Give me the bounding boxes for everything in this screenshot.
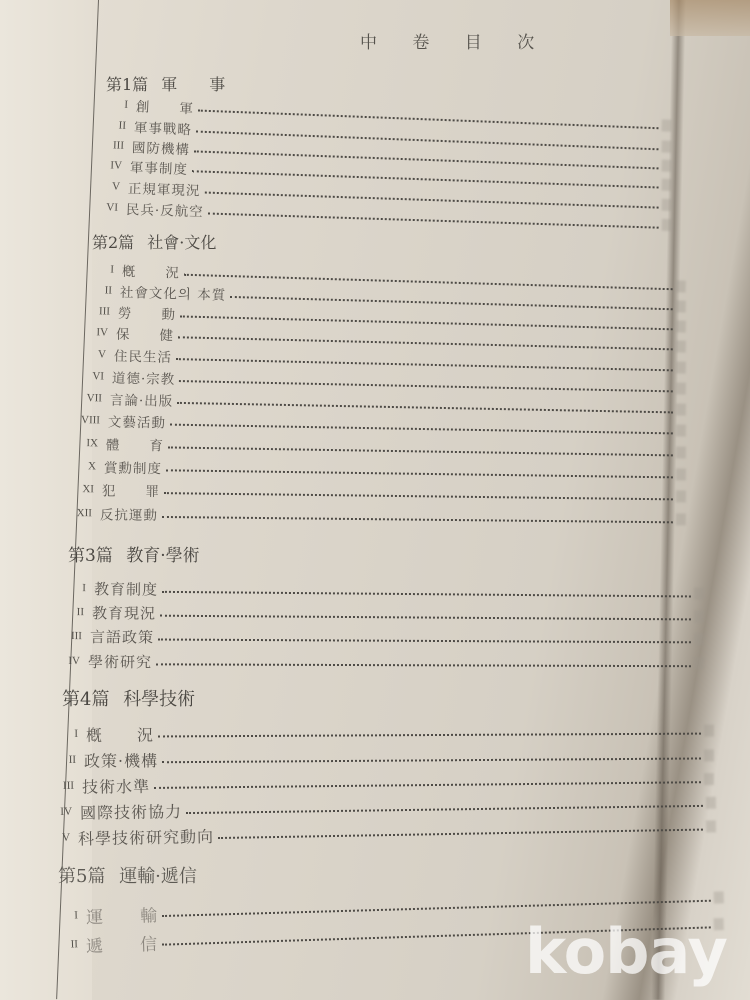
entry-label: 遞 信: [86, 929, 159, 956]
entry-label: 民兵·反航空: [126, 198, 204, 220]
toc-entry[interactable]: III言語政策: [60, 626, 704, 649]
roman-numeral: XI: [72, 483, 94, 495]
entry-label: 軍事戰略: [134, 116, 193, 138]
dot-leader: [162, 591, 691, 598]
page-number-blurred: [704, 749, 714, 761]
roman-numeral: VII: [80, 392, 102, 404]
roman-numeral: IX: [76, 437, 98, 449]
page-number-blurred: [694, 633, 704, 645]
dot-leader: [170, 424, 673, 435]
entry-label: 保 健: [116, 323, 174, 344]
watermark-logo: kobay: [525, 915, 727, 988]
dot-leader: [160, 615, 691, 621]
section-number: 第5篇: [58, 866, 105, 887]
section-heading: 第3篇 教育·學術: [68, 541, 200, 566]
entry-label: 犯 罪: [102, 479, 160, 500]
roman-numeral: IV: [100, 159, 122, 172]
roman-numeral: II: [56, 938, 78, 951]
dot-leader: [177, 402, 673, 414]
page-number-blurred: [676, 382, 686, 394]
entry-label: 創 軍: [136, 95, 195, 117]
page-number-blurred: [676, 424, 686, 436]
background-surface: [670, 0, 750, 36]
page-number-blurred: [694, 610, 704, 622]
entry-label: 教育制度: [94, 578, 158, 600]
toc-entry[interactable]: IV學術研究: [58, 651, 704, 673]
roman-numeral: III: [52, 780, 74, 792]
entry-label: 槪 況: [122, 260, 181, 282]
entry-label: 科學技術研究動向: [78, 824, 214, 849]
section-number: 第1篇: [106, 75, 148, 94]
page-number-blurred: [714, 891, 724, 903]
entry-label: 社會文化의 本質: [120, 281, 227, 304]
roman-numeral: XII: [70, 507, 92, 519]
entry-label: 技術水準: [82, 773, 150, 797]
section-heading: 第1篇 軍 事: [106, 72, 225, 95]
roman-numeral: IV: [86, 326, 108, 339]
entry-label: 道德·宗教: [112, 367, 176, 388]
page-number-blurred: [661, 119, 671, 131]
roman-numeral: V: [98, 180, 120, 193]
roman-numeral: I: [106, 98, 128, 111]
entry-label: 勞 動: [118, 302, 177, 324]
page-number-blurred: [704, 773, 714, 785]
dot-leader: [164, 492, 673, 500]
roman-numeral: I: [64, 582, 86, 594]
entry-label: 言論·出版: [110, 389, 174, 410]
page-number-blurred: [676, 280, 686, 292]
dot-leader: [218, 829, 703, 839]
entry-label: 教育現況: [92, 602, 156, 623]
section-title: 社會·文化: [147, 233, 216, 252]
page-number-blurred: [676, 340, 686, 352]
toc-entry[interactable]: XII反抗運動: [70, 503, 686, 529]
dot-leader: [158, 639, 691, 644]
toc-entry[interactable]: I教育制度: [64, 578, 704, 604]
roman-numeral: III: [60, 630, 82, 642]
section-heading: 第2篇 社會·文化: [92, 230, 216, 253]
section-title: 運輸·遞信: [119, 866, 197, 887]
toc-entry[interactable]: II政策·機構: [54, 745, 714, 770]
dot-leader: [168, 446, 673, 456]
entry-label: 政策·機構: [84, 748, 158, 772]
roman-numeral: I: [56, 728, 78, 740]
roman-numeral: II: [90, 284, 112, 297]
section-heading: 第4篇 科學技術: [62, 685, 195, 711]
dot-leader: [156, 663, 691, 667]
page-number-blurred: [676, 490, 686, 502]
page-number-blurred: [676, 361, 686, 373]
roman-numeral: IV: [50, 806, 72, 818]
roman-numeral: II: [104, 119, 126, 132]
dot-leader: [208, 213, 659, 229]
toc-entry[interactable]: I槪 況: [56, 721, 714, 744]
section-title: 科學技術: [123, 689, 195, 710]
roman-numeral: II: [54, 754, 76, 766]
page-number-blurred: [661, 160, 671, 172]
entry-label: 反抗運動: [100, 503, 158, 524]
roman-numeral: X: [74, 460, 96, 472]
section-title: 軍 事: [161, 75, 225, 94]
entry-label: 體 育: [106, 433, 164, 454]
page-number-blurred: [662, 219, 672, 231]
page-number-blurred: [676, 513, 686, 525]
page-number-blurred: [661, 140, 671, 152]
page-title: 中 卷 目 次: [360, 28, 549, 53]
dot-leader: [166, 469, 673, 478]
page-number-blurred: [706, 820, 716, 832]
page-number-blurred: [676, 468, 686, 480]
roman-numeral: III: [88, 305, 110, 318]
entry-label: 文藝活動: [108, 411, 166, 432]
entry-label: 住民生活: [114, 345, 172, 366]
dot-leader: [162, 757, 701, 763]
dot-leader: [162, 516, 673, 523]
roman-numeral: III: [102, 139, 124, 152]
page-number-blurred: [694, 587, 704, 599]
roman-numeral: VI: [82, 370, 104, 382]
section-title: 教育·學術: [126, 546, 199, 566]
roman-numeral: VI: [96, 201, 118, 214]
page-number-blurred: [676, 320, 686, 332]
entry-label: 正規軍現況: [128, 177, 201, 199]
entry-label: 運 輸: [86, 901, 159, 928]
page-number-blurred: [706, 797, 716, 809]
toc-entry[interactable]: II教育現況: [62, 602, 704, 626]
entry-label: 學術研究: [88, 651, 152, 672]
roman-numeral: V: [48, 832, 70, 844]
page-number-blurred: [704, 725, 714, 737]
roman-numeral: II: [62, 606, 84, 618]
dot-leader: [158, 733, 701, 738]
section-heading: 第5篇 運輸·遞信: [58, 862, 197, 888]
roman-numeral: I: [56, 909, 78, 922]
entry-label: 軍事制度: [130, 156, 189, 178]
roman-numeral: I: [92, 263, 114, 276]
page-number-blurred: [661, 199, 671, 211]
page-number-blurred: [676, 403, 686, 415]
page-number-blurred: [676, 446, 686, 458]
entry-label: 國防機構: [132, 136, 191, 158]
toc-entry[interactable]: III技術水準: [52, 769, 714, 796]
page-number-blurred: [661, 179, 671, 191]
page-number-blurred: [694, 657, 704, 669]
section-number: 第4篇: [62, 689, 109, 710]
roman-numeral: IV: [58, 655, 80, 667]
entry-label: 賞勳制度: [104, 456, 162, 477]
facing-page-margin: [0, 0, 92, 1000]
dot-leader: [154, 781, 701, 789]
entry-label: 槪 況: [86, 722, 154, 745]
entry-label: 國際技術協力: [80, 799, 182, 823]
dot-leader: [186, 805, 703, 814]
roman-numeral: VIII: [78, 414, 100, 426]
roman-numeral: V: [84, 348, 106, 360]
page-number-blurred: [676, 300, 686, 312]
entry-label: 言語政策: [90, 626, 154, 647]
section-number: 第3篇: [68, 546, 113, 566]
section-number: 第2篇: [92, 233, 134, 252]
